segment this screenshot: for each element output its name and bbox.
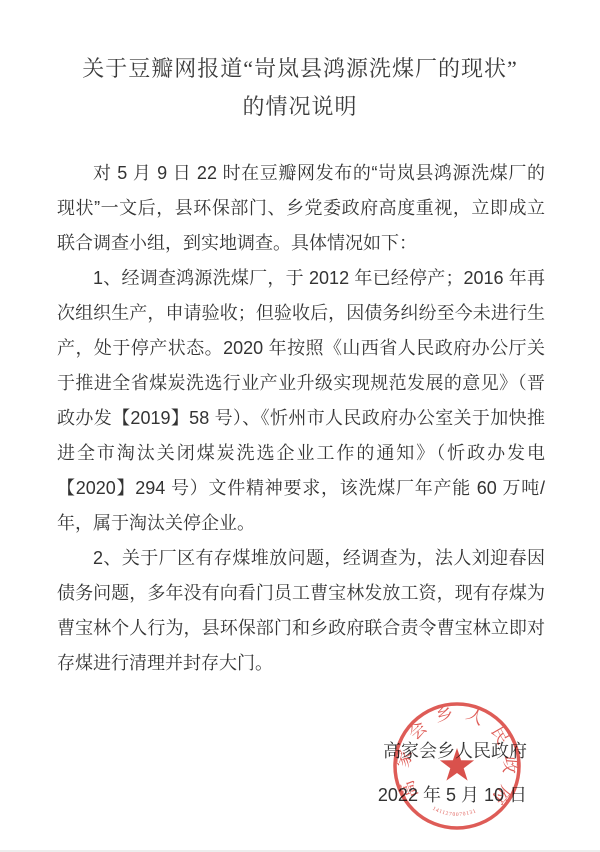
- document-title: 关于豆瓣网报道“岢岚县鸿源洗煤厂的现状” 的情况说明: [40, 50, 560, 126]
- signature-issuer: 高家会乡人民政府: [0, 736, 527, 766]
- document-page: 关于豆瓣网报道“岢岚县鸿源洗煤厂的现状” 的情况说明 对 5 月 9 日 22 …: [0, 0, 600, 852]
- document-body: 对 5 月 9 日 22 时在豆瓣网发布的“岢岚县鸿源洗煤厂的现状”一文后，县环…: [57, 156, 545, 681]
- paragraph-item-2: 2、关于厂区有存煤堆放问题，经调查为，法人刘迎春因债务问题，多年没有向看门员工曹…: [57, 541, 545, 681]
- paragraph-item-1: 1、经调查鸿源洗煤厂，于 2012 年已经停产；2016 年再次组织生产，申请验…: [57, 261, 545, 541]
- document-title-line2: 的情况说明: [40, 88, 560, 126]
- signature-date: 2022 年 5 月 10 日: [0, 780, 527, 810]
- document-title-line1: 关于豆瓣网报道“岢岚县鸿源洗煤厂的现状”: [40, 50, 560, 88]
- signature-block: 高家会乡人民政府 2022 年 5 月 10 日: [0, 736, 600, 810]
- paragraph-intro: 对 5 月 9 日 22 时在豆瓣网发布的“岢岚县鸿源洗煤厂的现状”一文后，县环…: [57, 156, 545, 261]
